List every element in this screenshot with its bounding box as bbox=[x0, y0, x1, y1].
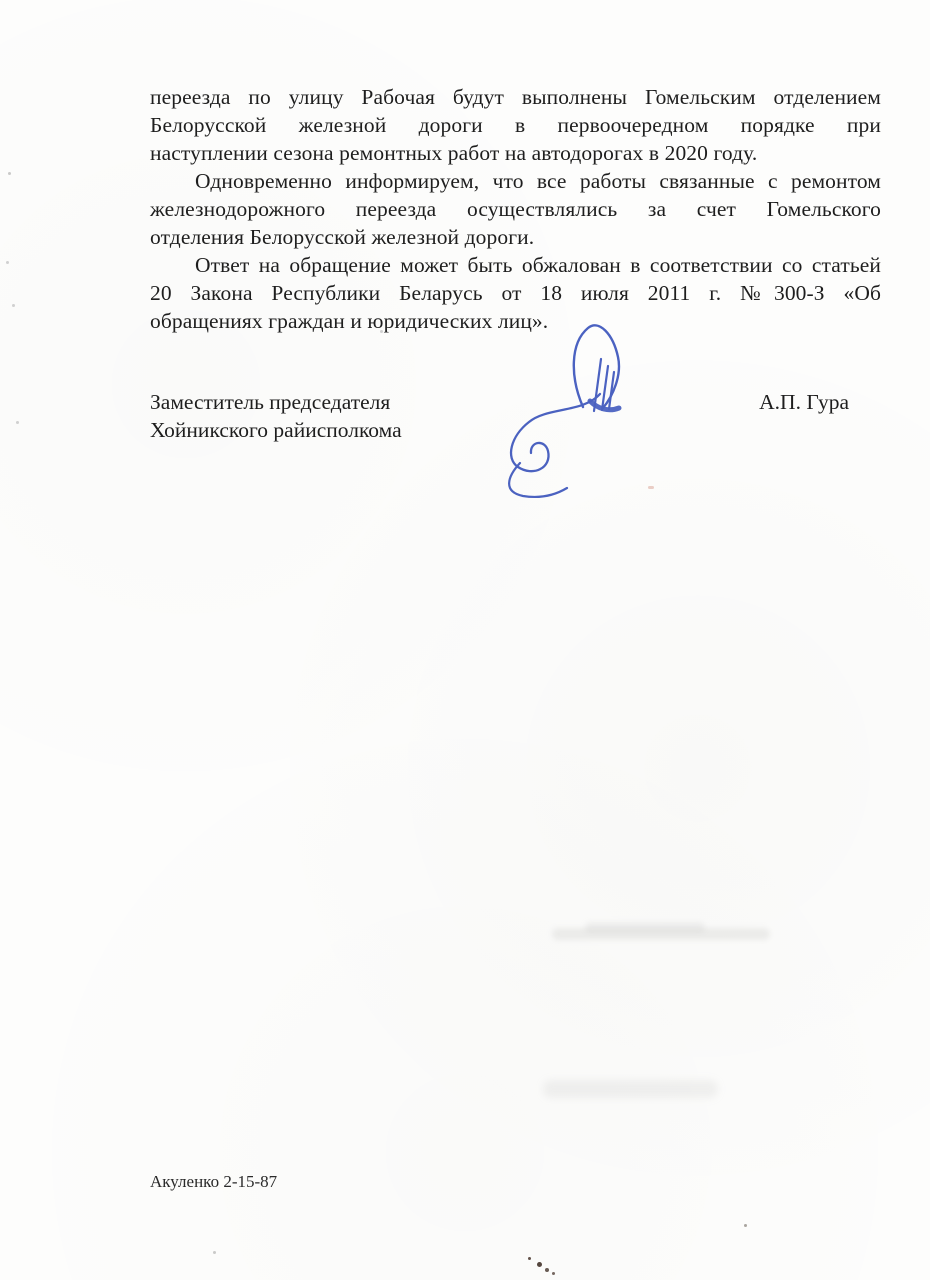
signer-position-line: Хойникского райисполкома bbox=[150, 416, 402, 444]
letter-body: переезда по улицу Рабочая будут выполнен… bbox=[150, 83, 881, 335]
scan-speckle bbox=[6, 261, 9, 264]
text-line: Ответ на обращение может быть обжалован … bbox=[150, 251, 881, 279]
scan-speckle bbox=[648, 486, 654, 489]
text-line: железнодорожного переезда осуществлялись… bbox=[150, 195, 881, 223]
executor-reference: Акуленко 2-15-87 bbox=[150, 1172, 277, 1192]
handwritten-signature bbox=[497, 317, 632, 502]
scan-speckle bbox=[537, 1262, 542, 1267]
scan-speckle bbox=[8, 172, 11, 175]
paragraph-2: Одновременно информируем, что все работы… bbox=[150, 167, 881, 251]
text-line: 20 Закона Республики Беларусь от 18 июля… bbox=[150, 279, 881, 307]
bleed-through-mark bbox=[585, 922, 705, 932]
bleed-through-mark bbox=[552, 928, 770, 940]
signer-position-line: Заместитель председателя bbox=[150, 388, 402, 416]
signer-name: А.П. Гура bbox=[759, 388, 881, 444]
text-line: переезда по улицу Рабочая будут выполнен… bbox=[150, 83, 881, 111]
bleed-through-mark bbox=[543, 1080, 718, 1098]
paragraph-1: переезда по улицу Рабочая будут выполнен… bbox=[150, 83, 881, 167]
scan-speckle bbox=[528, 1257, 531, 1260]
text-line: отделения Белорусской железной дороги. bbox=[150, 223, 881, 251]
scan-speckle bbox=[16, 421, 19, 424]
scan-speckle bbox=[12, 304, 15, 307]
scan-speckle bbox=[545, 1268, 549, 1272]
scan-speckle bbox=[213, 1251, 216, 1254]
text-line: Белорусской железной дороги в первоочере… bbox=[150, 111, 881, 139]
text-line: Одновременно информируем, что все работы… bbox=[150, 167, 881, 195]
scan-speckle bbox=[552, 1272, 555, 1275]
scan-speckle bbox=[744, 1224, 747, 1227]
scanned-letter-page: переезда по улицу Рабочая будут выполнен… bbox=[0, 0, 930, 1280]
signer-position: Заместитель председателя Хойникского рай… bbox=[150, 388, 402, 444]
text-line: наступлении сезона ремонтных работ на ав… bbox=[150, 139, 881, 167]
